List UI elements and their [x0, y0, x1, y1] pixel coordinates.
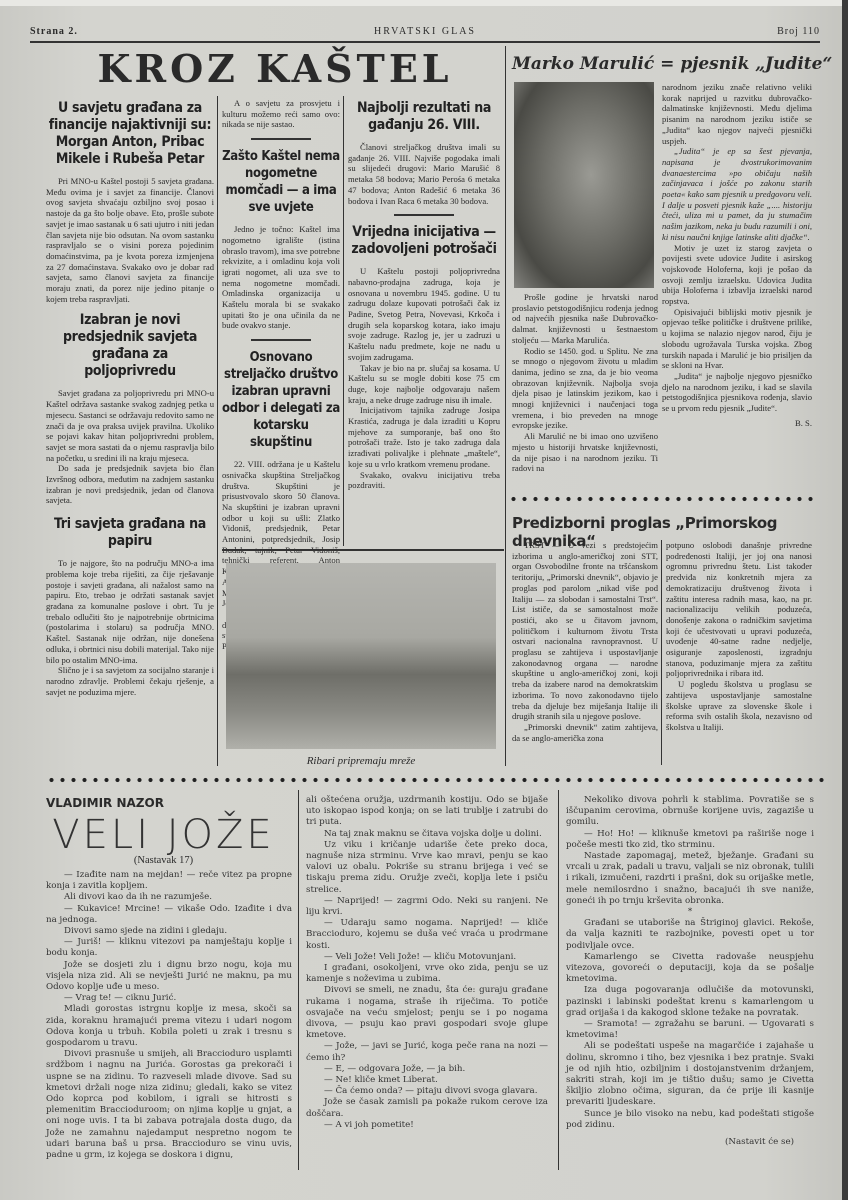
article-headline-marulic: Marko Marulić = pjesnik „Judite“: [512, 54, 837, 74]
article-headline: Tri savjeta građana na papiru: [46, 516, 214, 550]
article-body: Prošle godine je hrvatski narod proslavi…: [512, 292, 658, 346]
article-body: Pri MNO-u Kaštel postoji 5 savjeta građa…: [46, 176, 214, 304]
novel-paragraph: Uz viku i kričanje udariše čete preko do…: [306, 840, 548, 896]
newspaper-name: HRVATSKI GLAS: [30, 26, 820, 37]
article-body: Članovi streljačkog društva imali su gađ…: [348, 142, 500, 206]
article-body: „Judita“ je ep sa šest pjevanja, napisan…: [662, 146, 812, 242]
article-headline: Zašto Kaštel nema nogometne momčadi — a …: [222, 148, 340, 216]
to-be-continued: (Nastavit će se): [566, 1137, 814, 1148]
article-body: Do sada je predsjednik savjeta bio član …: [46, 463, 214, 506]
issue-number: Broj 110: [777, 26, 820, 37]
novel-paragraph: Građani se utaboriše na Štriginoj glavic…: [566, 918, 814, 952]
novel-installment: (Nastavak 17): [46, 855, 281, 866]
novel-paragraph: — Kukavice! Mrcine! — vikaše Odo. Izađit…: [46, 904, 292, 926]
fishermen-photo: [226, 563, 496, 749]
novel-paragraph: Mladi gorostas istrgnu koplje iz mesa, s…: [46, 1004, 292, 1049]
article-body: Slično je i sa savjetom za socijalno sta…: [46, 665, 214, 697]
novel-paragraph: Ali divovi kao da ih ne razumješe.: [46, 892, 292, 903]
novel-column-1: — Izađite nam na mejdan! — reče vitez pa…: [46, 870, 292, 1161]
novel-paragraph: — Naprijed! — zagrmi Odo. Neki su ranjen…: [306, 896, 548, 918]
page-header: Strana 2. HRVATSKI GLAS Broj 110: [30, 26, 820, 40]
novel-paragraph: — Ho! Ho! — kliknuše kmetovi pa raširiše…: [566, 829, 814, 851]
article-headline: Osnovano streljačko društvo izabran upra…: [222, 349, 340, 451]
article-body: To je najgore, što na području MNO-a ima…: [46, 558, 214, 665]
marulic-portrait: [514, 82, 654, 288]
novel-paragraph: — Udaraju samo nogama. Naprijed! — kliče…: [306, 918, 548, 952]
article-separator: [251, 138, 311, 140]
newspaper-page: Strana 2. HRVATSKI GLAS Broj 110 KROZ KA…: [0, 0, 848, 1200]
paper-right-edge: [842, 0, 848, 1200]
article-separator: [394, 214, 454, 216]
article-separator: [251, 339, 311, 341]
novel-column-2: ali oštećena oružja, uzdrmanih kostiju. …: [306, 795, 548, 1131]
dotted-divider: [508, 496, 814, 502]
section-divider: [505, 46, 506, 766]
kastel-column-3: Najbolji rezultati na gađanju 26. VIII. …: [348, 96, 500, 491]
article-body: U Kaštelu postoji poljoprivredna nabavno…: [348, 266, 500, 362]
novel-paragraph: Nekoliko divova pohrli k stablima. Povra…: [566, 795, 814, 829]
novel-paragraph: Ali se podeštati uspeše na magarčiće i z…: [566, 1041, 814, 1108]
novel-paragraph: — Izađite nam na mejdan! — reče vitez pa…: [46, 870, 292, 892]
novel-paragraph: — E, — odgovara Jože, — ja bih.: [306, 1064, 548, 1075]
novel-paragraph: Sunce je bilo visoko na nebu, kad podešt…: [566, 1109, 814, 1131]
author-signature: B. S.: [662, 418, 812, 429]
novel-paragraph: Nastade zapomagaj, metež, bježanje. Građ…: [566, 851, 814, 907]
novel-paragraph: Iza duga pogovaranja odlučiše da motovun…: [566, 985, 814, 1019]
column-divider: [661, 540, 662, 765]
dotted-divider: [46, 777, 826, 783]
photo-caption: Ribari pripremaju mreže: [226, 755, 496, 767]
novel-paragraph: — Jože, — javi se Jurić, koga peče rana …: [306, 1041, 548, 1063]
article-body: Rodio se 1450. god. u Splitu. Ne zna se …: [512, 346, 658, 432]
proglas-left-column: TRST — U vezi s predstojećim izborima u …: [512, 540, 658, 743]
novel-paragraph: — Ne! kliče kmet Liberat.: [306, 1075, 548, 1086]
novel-paragraph: ali oštećena oružja, uzdrmanih kostiju. …: [306, 795, 548, 829]
article-headline: U savjetu građana za financije najaktivn…: [46, 100, 214, 168]
marulic-left-column: Prošle godine je hrvatski narod proslavi…: [512, 292, 658, 474]
article-body: potpuno oslobodi današnje privredne podr…: [666, 540, 812, 679]
article-body: „Primorski dnevnik“ zatim zahtijeva, da …: [512, 722, 658, 743]
novel-paragraph: — Juriš! — kliknu vitezovi pa namještaju…: [46, 937, 292, 959]
novel-title: VELI JOŽE: [46, 812, 281, 858]
marulic-right-column: narodnom jeziku znače relativno veliki k…: [662, 82, 812, 429]
section-break-asterisk: *: [566, 907, 814, 918]
article-body: Svakako, ovakvu inicijativu treba pozdra…: [348, 470, 500, 491]
novel-paragraph: — Sramota! — zgražahu se baruni. — Ugova…: [566, 1019, 814, 1041]
novel-paragraph: Kamarlengo se Civetta radovaše neuspjehu…: [566, 952, 814, 986]
article-headline: Vrijedna inicijativa — zadovoljeni potro…: [348, 224, 500, 258]
novel-paragraph: — A vi joh pometite!: [306, 1120, 548, 1131]
novel-paragraph: I građani, osokoljeni, vrve oko zida, pe…: [306, 963, 548, 985]
article-body: Savjet građana za poljoprivredu pri MNO-…: [46, 388, 214, 463]
article-body: Opisivajući biblijski motiv pjesnik je o…: [662, 307, 812, 371]
novel-paragraph: — Ča ćemo onda? — pitaju divovi svoga gl…: [306, 1086, 548, 1097]
article-body: Inicijativom tajnika zadruge Josipa Kras…: [348, 405, 500, 469]
article-body: TRST — U vezi s predstojećim izborima u …: [512, 540, 658, 722]
article-headline: Izabran je novi predsjednik savjeta građ…: [46, 312, 214, 380]
column-divider: [558, 790, 559, 1170]
column-divider: [298, 790, 299, 1170]
novel-author: VLADIMIR NAZOR: [46, 796, 164, 810]
article-body: Ali Marulić ne bi imao ono uzvišeno mjes…: [512, 431, 658, 474]
novel-paragraph: Divovi se smeli, ne znadu, šta će: guraj…: [306, 985, 548, 1041]
paper-top-edge: [0, 0, 848, 6]
proglas-right-column: potpuno oslobodi današnje privredne podr…: [666, 540, 812, 733]
article-headline: Najbolji rezultati na gađanju 26. VIII.: [348, 100, 500, 134]
kastel-column-1: U savjetu građana za financije najaktivn…: [46, 96, 214, 697]
article-body: A o savjetu za prosvjetu i kulturu možem…: [222, 98, 340, 130]
article-body: Jedno je točno: Kaštel ima nogometno igr…: [222, 224, 340, 331]
novel-paragraph: Divovi prasnuše u smijeh, ali Bracciodur…: [46, 1049, 292, 1161]
header-rule: [30, 41, 820, 43]
novel-paragraph: — Vrag te! — ciknu Jurić.: [46, 993, 292, 1004]
novel-paragraph: Jože se dosjeti zlu i dignu brzo nogu, k…: [46, 960, 292, 994]
photo-top-rule: [222, 549, 504, 551]
article-body: Motiv je uzet iz starog zavjeta o povije…: [662, 243, 812, 307]
novel-paragraph: Divovi samo sjede na zidini i gledaju.: [46, 926, 292, 937]
article-body: narodnom jeziku znače relativno veliki k…: [662, 82, 812, 146]
article-body: Takav je bio na pr. slučaj sa kosama. U …: [348, 363, 500, 406]
novel-paragraph: — Veli Jože! Veli Jože! — kliču Motovunj…: [306, 952, 548, 963]
column-divider: [217, 96, 218, 766]
novel-paragraph: Na taj znak maknu se čitava vojska dolje…: [306, 829, 548, 840]
section-masthead: KROZ KAŠTEL: [60, 46, 490, 91]
article-body: U pogledu školstva u proglasu se zahtije…: [666, 679, 812, 733]
column-divider: [343, 96, 344, 546]
novel-column-3: Nekoliko divova pohrli k stablima. Povra…: [566, 795, 814, 1148]
article-body: „Judita“ je najbolje njegovo pjesničko d…: [662, 371, 812, 414]
novel-paragraph: Jože se časak zamisli pa pokaže rukom ce…: [306, 1097, 548, 1119]
